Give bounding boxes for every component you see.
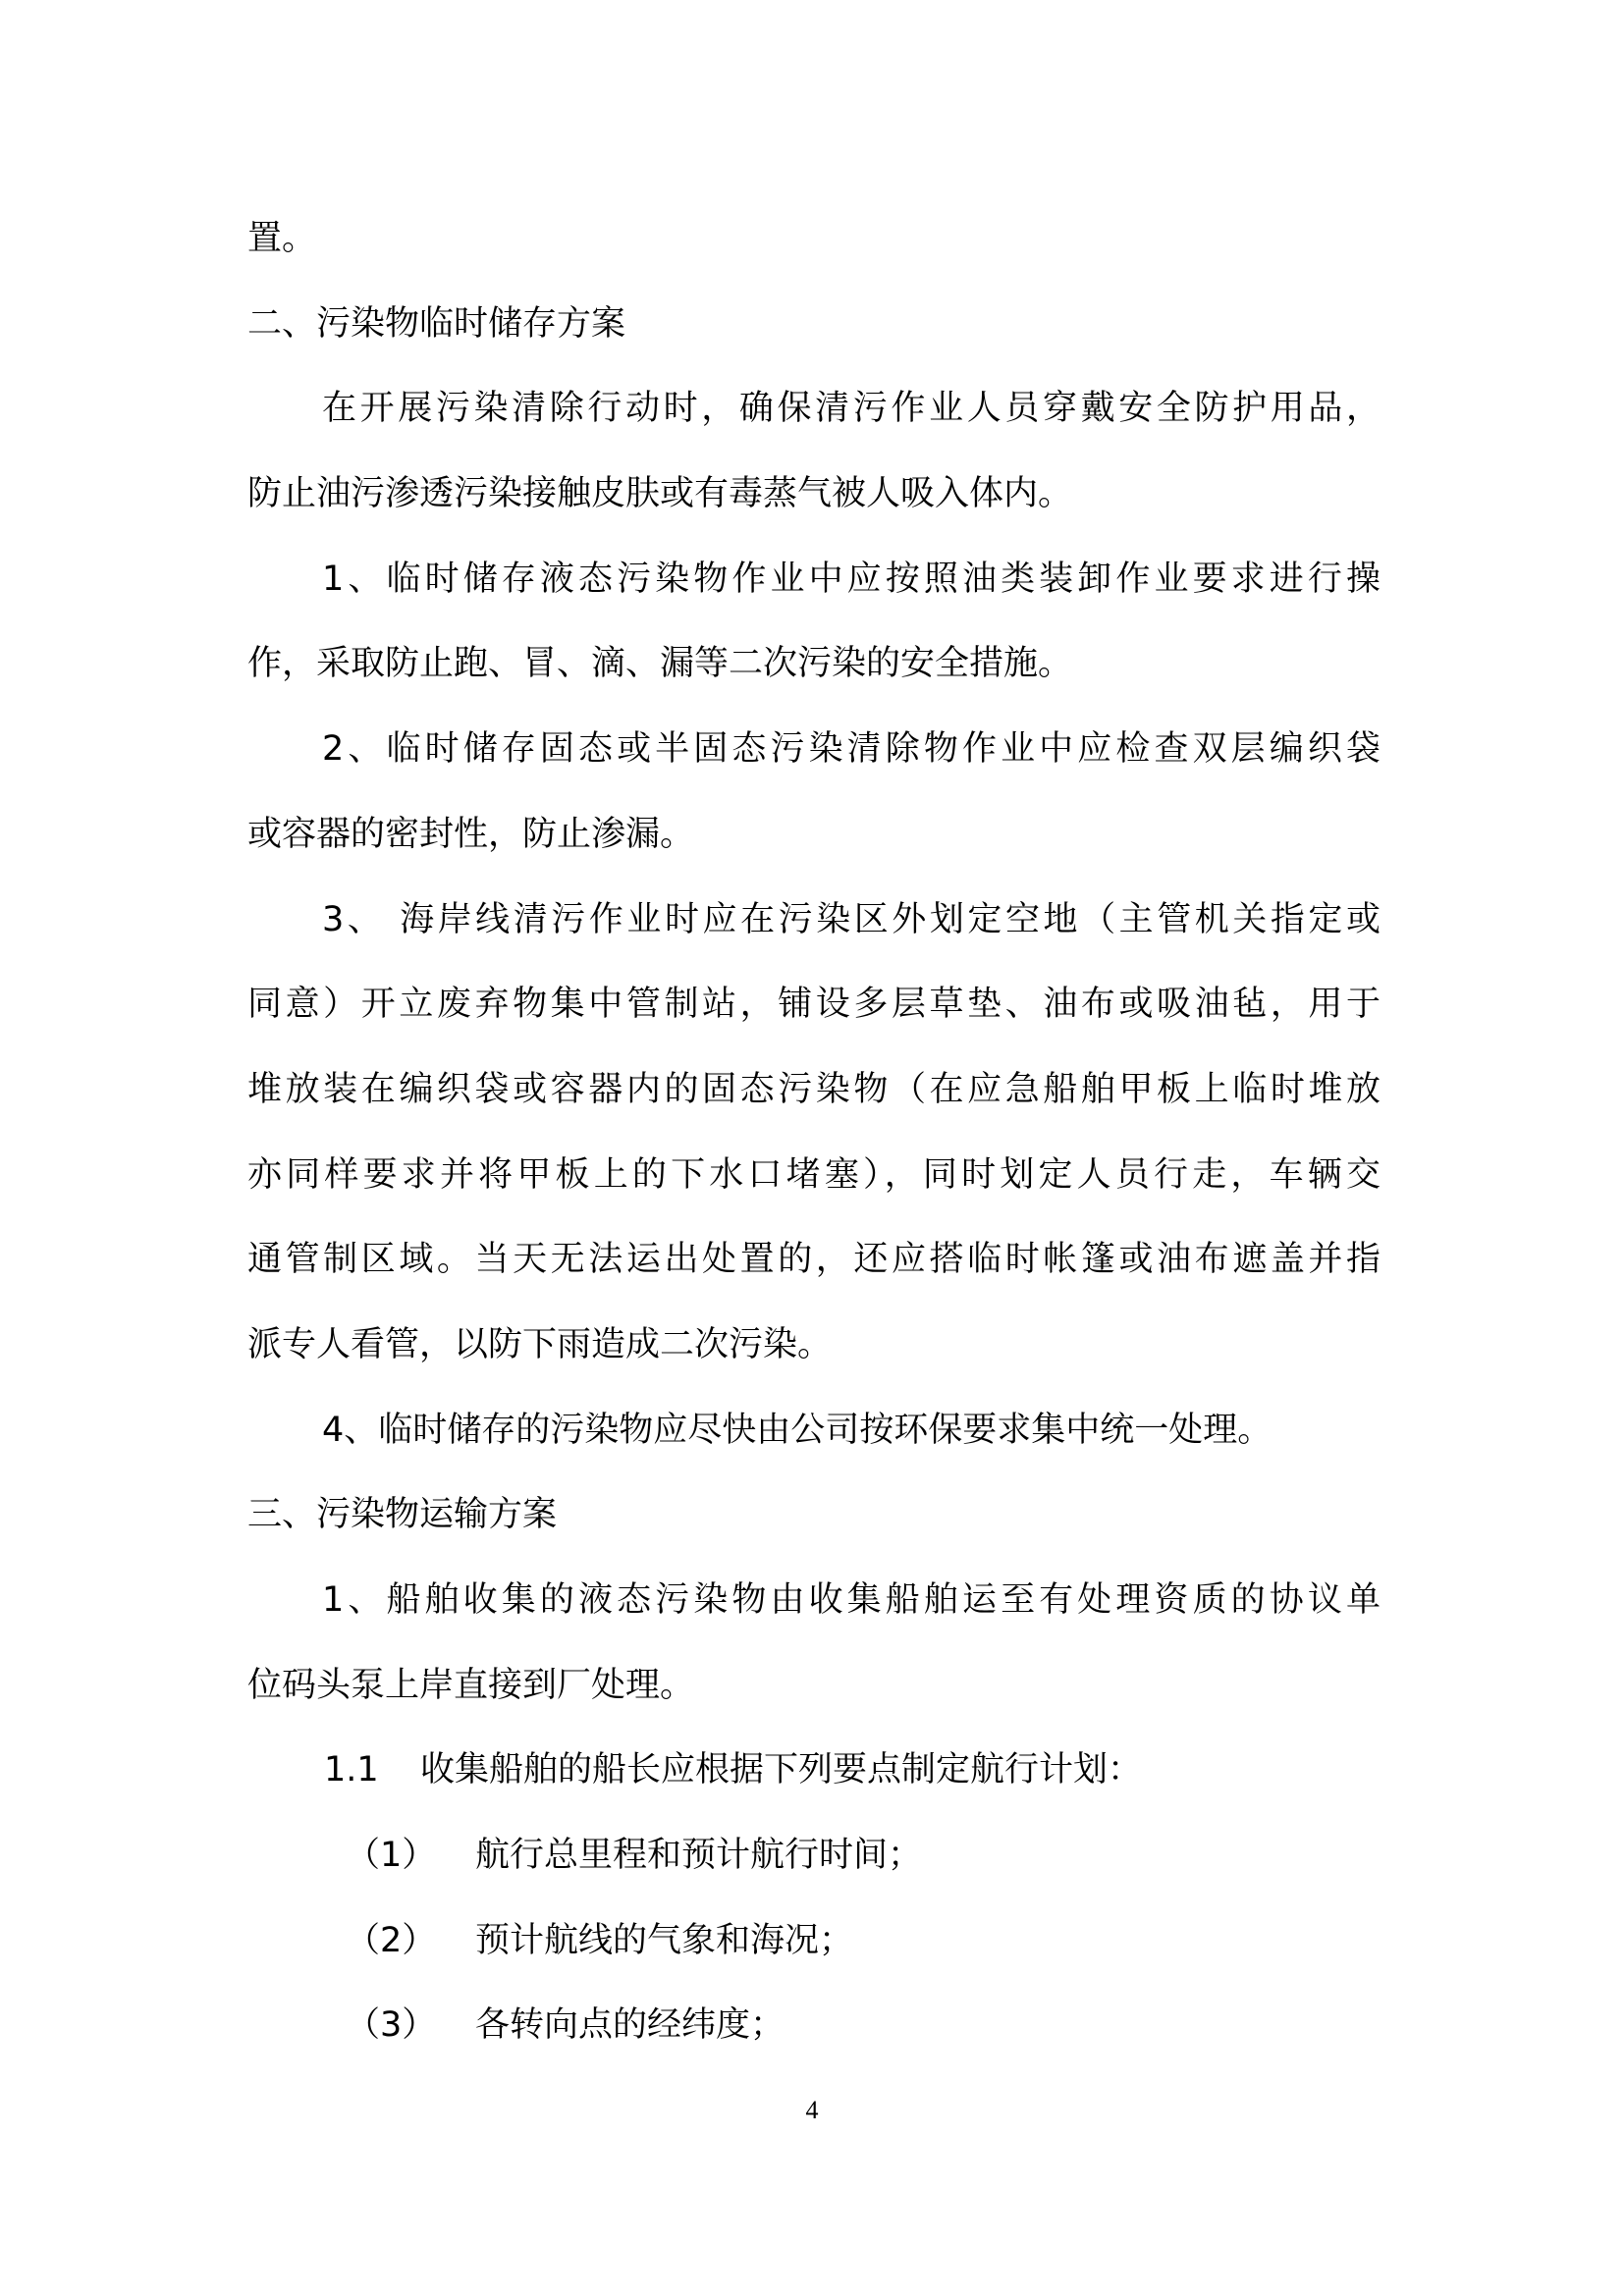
document-page: 置。 二、污染物临时储存方案 在开展污染清除行动时，确保清污作业人员穿戴安全防护… (0, 0, 1624, 2296)
list-item-text: 预计航线的气象和海况； (475, 1898, 853, 1984)
list-item-label: （1） (346, 1813, 436, 1898)
paragraph-line: 3、 海岸线清污作业时应在污染区外划定空地（主管机关指定或 (247, 878, 1380, 963)
paragraph-line: 位码头泵上岸直接到厂处理。 (247, 1643, 1380, 1729)
paragraph-line: 2、临时储存固态或半固态污染清除物作业中应检查双层编织袋 (247, 707, 1380, 792)
list-item: （1） 航行总里程和预计航行时间； (247, 1813, 1380, 1898)
paragraph-line: 堆放装在编织袋或容器内的固态污染物（在应急船舶甲板上临时堆放 (247, 1047, 1380, 1133)
list-item-text: 各转向点的经纬度； (475, 1983, 785, 2068)
paragraph-continuation: 置。 (247, 196, 1380, 282)
paragraph-line: 亦同样要求并将甲板上的下水口堵塞），同时划定人员行走，车辆交 (247, 1133, 1380, 1218)
page-number: 4 (0, 2093, 1624, 2128)
section-heading-temporary-storage: 二、污染物临时储存方案 (247, 282, 1380, 367)
sub-item-1-1: 1.1 收集船舶的船长应根据下列要点制定航行计划： (247, 1728, 1380, 1813)
list-item-text: 航行总里程和预计航行时间； (475, 1813, 922, 1898)
paragraph-line: 同意）开立废弃物集中管制站，铺设多层草垫、油布或吸油毡，用于 (247, 962, 1380, 1047)
sub-item-label: 1.1 (324, 1728, 379, 1813)
paragraph-line: 防止油污渗透污染接触皮肤或有毒蒸气被人吸入体内。 (247, 452, 1380, 537)
paragraph-line: 1、船舶收集的液态污染物由收集船舶运至有处理资质的协议单 (247, 1558, 1380, 1643)
list-item: （3） 各转向点的经纬度； (247, 1983, 1380, 2068)
page-body: 置。 二、污染物临时储存方案 在开展污染清除行动时，确保清污作业人员穿戴安全防护… (247, 196, 1380, 2068)
paragraph-line: 派专人看管，以防下雨造成二次污染。 (247, 1303, 1380, 1388)
paragraph-line: 或容器的密封性，防止渗漏。 (247, 792, 1380, 878)
paragraph-line: 作，采取防止跑、冒、滴、漏等二次污染的安全措施。 (247, 621, 1380, 707)
list-item-label: （3） (346, 1983, 436, 2068)
paragraph-line: 4、临时储存的污染物应尽快由公司按环保要求集中统一处理。 (247, 1388, 1380, 1473)
list-item-label: （2） (346, 1898, 436, 1984)
paragraph-line: 在开展污染清除行动时，确保清污作业人员穿戴安全防护用品， (247, 366, 1380, 452)
section-heading-transport: 三、污染物运输方案 (247, 1472, 1380, 1558)
paragraph-line: 通管制区域。当天无法运出处置的，还应搭临时帐篷或油布遮盖并指 (247, 1217, 1380, 1303)
sub-item-text: 收集船舶的船长应根据下列要点制定航行计划： (420, 1728, 1142, 1813)
paragraph-line: 1、临时储存液态污染物作业中应按照油类装卸作业要求进行操 (247, 537, 1380, 622)
list-item: （2） 预计航线的气象和海况； (247, 1898, 1380, 1984)
